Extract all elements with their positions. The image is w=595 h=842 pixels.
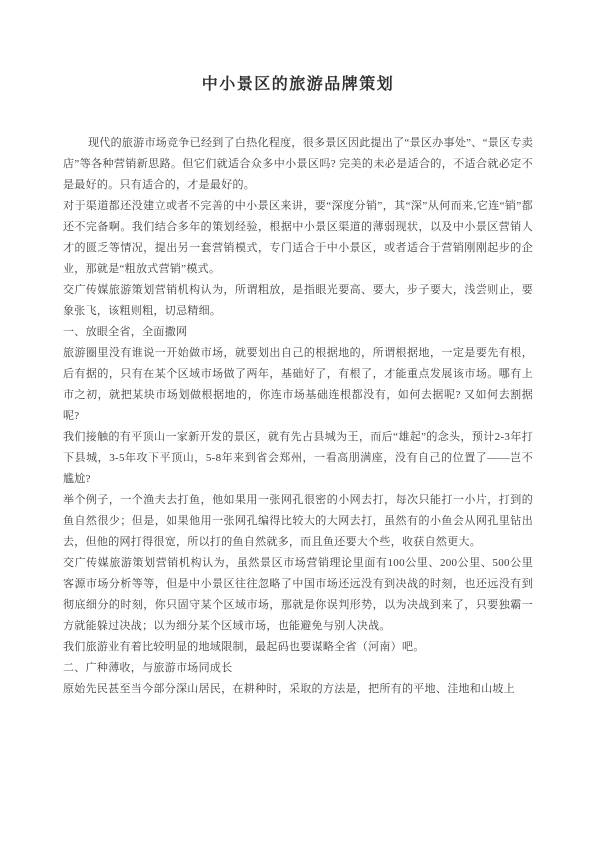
section-heading: 一、放眼全省，全面撒网 bbox=[63, 322, 533, 343]
document-page: 中小景区的旅游品牌策划 现代的旅游市场竞争已经到了白热化程度，很多景区因此提出了… bbox=[0, 0, 595, 842]
paragraph: 交广传媒旅游策划营销机构认为，虽然景区市场营销理论里面有100公里、200公里、… bbox=[63, 553, 533, 637]
section-heading: 二、广种薄收，与旅游市场同成长 bbox=[63, 658, 533, 679]
paragraph: 交广传媒旅游策划营销机构认为，所谓粗放，是指眼光要高、要大，步子要大，浅尝则止，… bbox=[63, 280, 533, 322]
paragraph: 原始先民甚至当今部分深山居民，在耕种时，采取的方法是，把所有的平地、洼地和山坡上 bbox=[63, 679, 533, 700]
paragraph: 对于渠道都还没建立或者不完善的中小景区来讲，要“深度分销”，其“深”从何而来,它… bbox=[63, 196, 533, 280]
paragraph: 我们接触的有平顶山一家新开发的景区，就有先占县城为王，而后“雄起”的念头，预计2… bbox=[63, 427, 533, 490]
doc-title: 中小景区的旅游品牌策划 bbox=[63, 74, 533, 96]
paragraph: 举个例子，一个渔夫去打鱼，他如果用一张网孔很密的小网去打，每次只能打一小片，打到… bbox=[63, 490, 533, 553]
paragraph: 现代的旅游市场竞争已经到了白热化程度，很多景区因此提出了“景区办事处”、“景区专… bbox=[63, 133, 533, 196]
paragraph: 我们旅游业有着比较明显的地域限制，最起码也要谋略全省（河南）吧。 bbox=[63, 637, 533, 658]
paragraph: 旅游圈里没有谁说一开始做市场，就要划出自己的根据地的，所谓根据地，一定是要先有根… bbox=[63, 343, 533, 427]
